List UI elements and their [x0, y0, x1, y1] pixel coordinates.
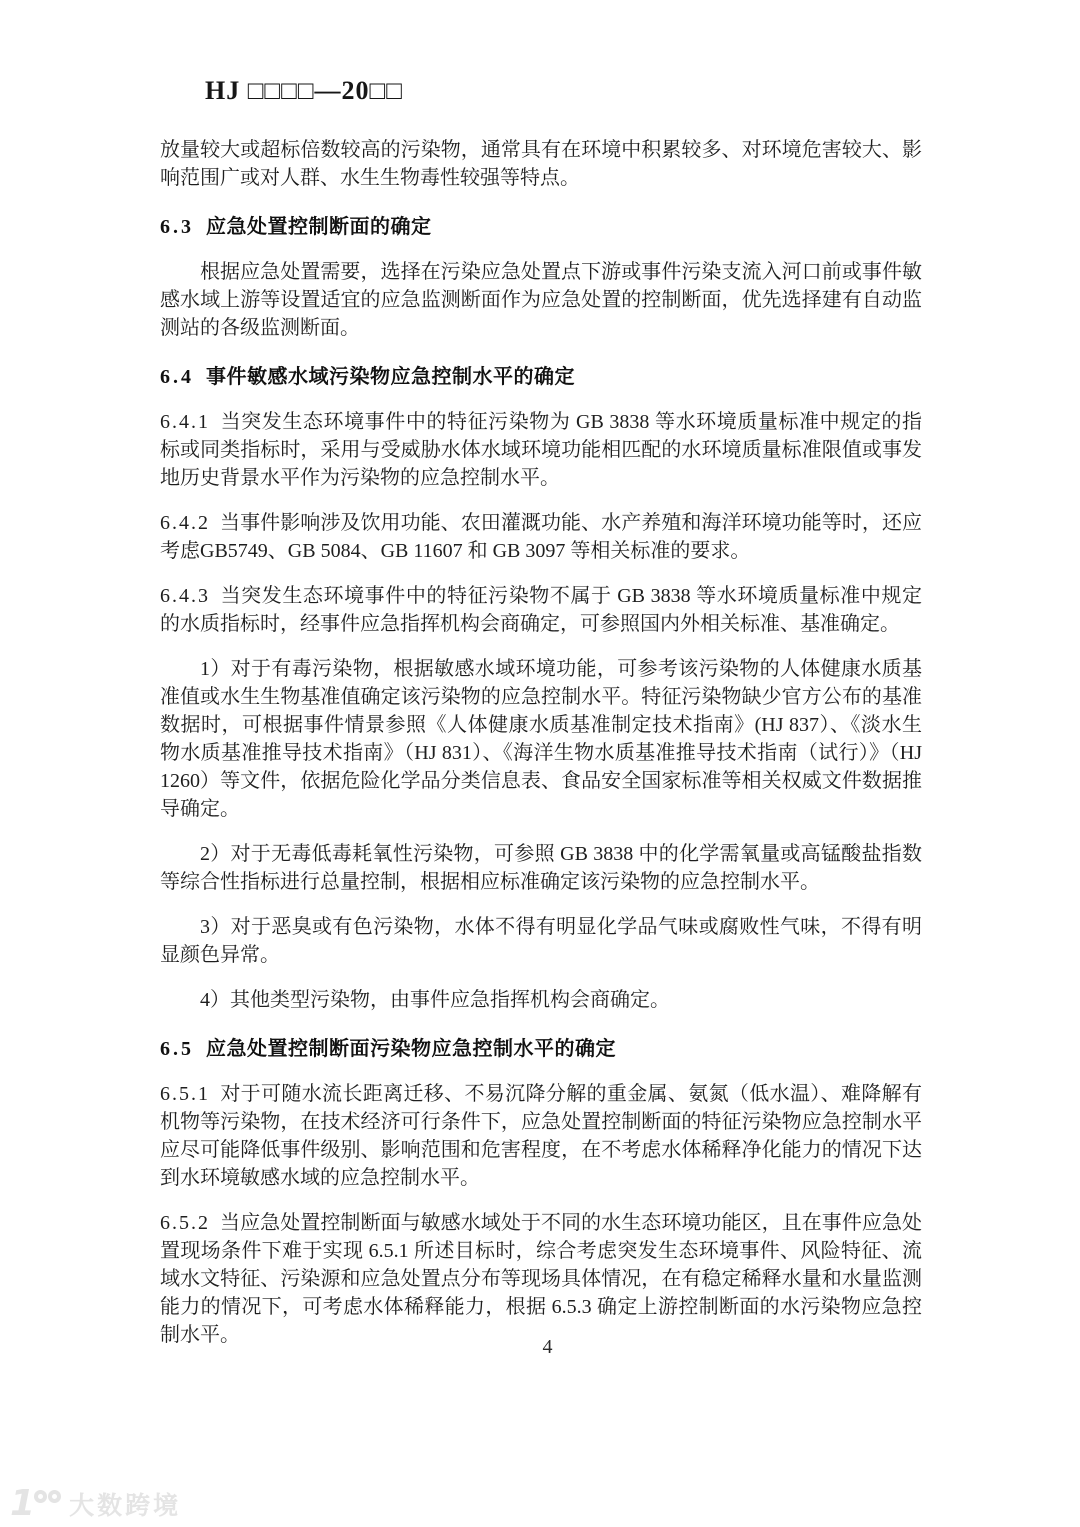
paragraph: 根据应急处置需要，选择在污染应急处置点下游或事件污染支流入河口前或事件敏感水域上… — [160, 258, 922, 342]
list-item-2: 2）对于无毒低毒耗氧性污染物，可参照 GB 3838 中的化学需氧量或高锰酸盐指… — [160, 840, 922, 896]
list-item-1: 1）对于有毒污染物，根据敏感水域环境功能，可参考该污染物的人体健康水质基准值或水… — [160, 655, 922, 823]
section-title: 事件敏感水域污染物应急控制水平的确定 — [206, 366, 575, 388]
section-number: 6.4 — [160, 366, 194, 388]
section-title: 应急处置控制断面污染物应急控制水平的确定 — [206, 1038, 616, 1060]
clause-6-4-1: 6.4.1当突发生态环境事件中的特征污染物为 GB 3838 等水环境质量标准中… — [160, 408, 922, 492]
clause-6-5-1: 6.5.1对于可随水流长距离迁移、不易沉降分解的重金属、氨氮（低水温）、难降解有… — [160, 1080, 922, 1192]
section-heading-6-5: 6.5应急处置控制断面污染物应急控制水平的确定 — [160, 1035, 922, 1063]
clause-number: 6.5.2 — [160, 1212, 210, 1234]
clause-number: 6.5.1 — [160, 1083, 210, 1105]
clause-text: 当事件影响涉及饮用功能、农田灌溉功能、水产养殖和海洋环境功能等时，还应考虑GB5… — [160, 512, 922, 562]
section-heading-6-3: 6.3应急处置控制断面的确定 — [160, 213, 922, 241]
section-number: 6.3 — [160, 216, 194, 238]
clause-text: 当突发生态环境事件中的特征污染物为 GB 3838 等水环境质量标准中规定的指标… — [160, 411, 922, 489]
page-number: 4 — [160, 1336, 935, 1359]
list-item-4: 4）其他类型污染物，由事件应急指挥机构会商确定。 — [160, 986, 922, 1014]
clause-6-5-2: 6.5.2当应急处置控制断面与敏感水域处于不同的水生态环境功能区，且在事件应急处… — [160, 1209, 922, 1349]
section-heading-6-4: 6.4事件敏感水域污染物应急控制水平的确定 — [160, 363, 922, 391]
clause-text: 当突发生态环境事件中的特征污染物不属于 GB 3838 等水环境质量标准中规定的… — [160, 585, 922, 635]
watermark-100-logo-icon: 1 — [10, 1489, 61, 1519]
document-header-code: HJ □□□□—20□□ — [205, 76, 403, 106]
clause-text: 当应急处置控制断面与敏感水域处于不同的水生态环境功能区，且在事件应急处置现场条件… — [160, 1212, 922, 1346]
clause-number: 6.4.2 — [160, 512, 210, 534]
clause-6-4-3: 6.4.3当突发生态环境事件中的特征污染物不属于 GB 3838 等水环境质量标… — [160, 582, 922, 638]
section-title: 应急处置控制断面的确定 — [206, 216, 432, 238]
watermark-brand-text: 大数跨境 — [69, 1493, 181, 1519]
section-number: 6.5 — [160, 1038, 194, 1060]
watermark: 1 大数跨境 — [10, 1489, 181, 1519]
clause-number: 6.4.3 — [160, 585, 210, 607]
list-item-3: 3）对于恶臭或有色污染物，水体不得有明显化学品气味或腐败性气味，不得有明显颜色异… — [160, 913, 922, 969]
clause-number: 6.4.1 — [160, 411, 210, 433]
paragraph-continuation: 放量较大或超标倍数较高的污染物，通常具有在环境中积累较多、对环境危害较大、影响范… — [160, 136, 922, 192]
clause-text: 对于可随水流长距离迁移、不易沉降分解的重金属、氨氮（低水温）、难降解有机物等污染… — [160, 1083, 922, 1189]
document-page: HJ □□□□—20□□ 放量较大或超标倍数较高的污染物，通常具有在环境中积累较… — [0, 0, 1080, 1527]
document-body: 放量较大或超标倍数较高的污染物，通常具有在环境中积累较多、对环境危害较大、影响范… — [160, 136, 922, 1366]
clause-6-4-2: 6.4.2当事件影响涉及饮用功能、农田灌溉功能、水产养殖和海洋环境功能等时，还应… — [160, 509, 922, 565]
